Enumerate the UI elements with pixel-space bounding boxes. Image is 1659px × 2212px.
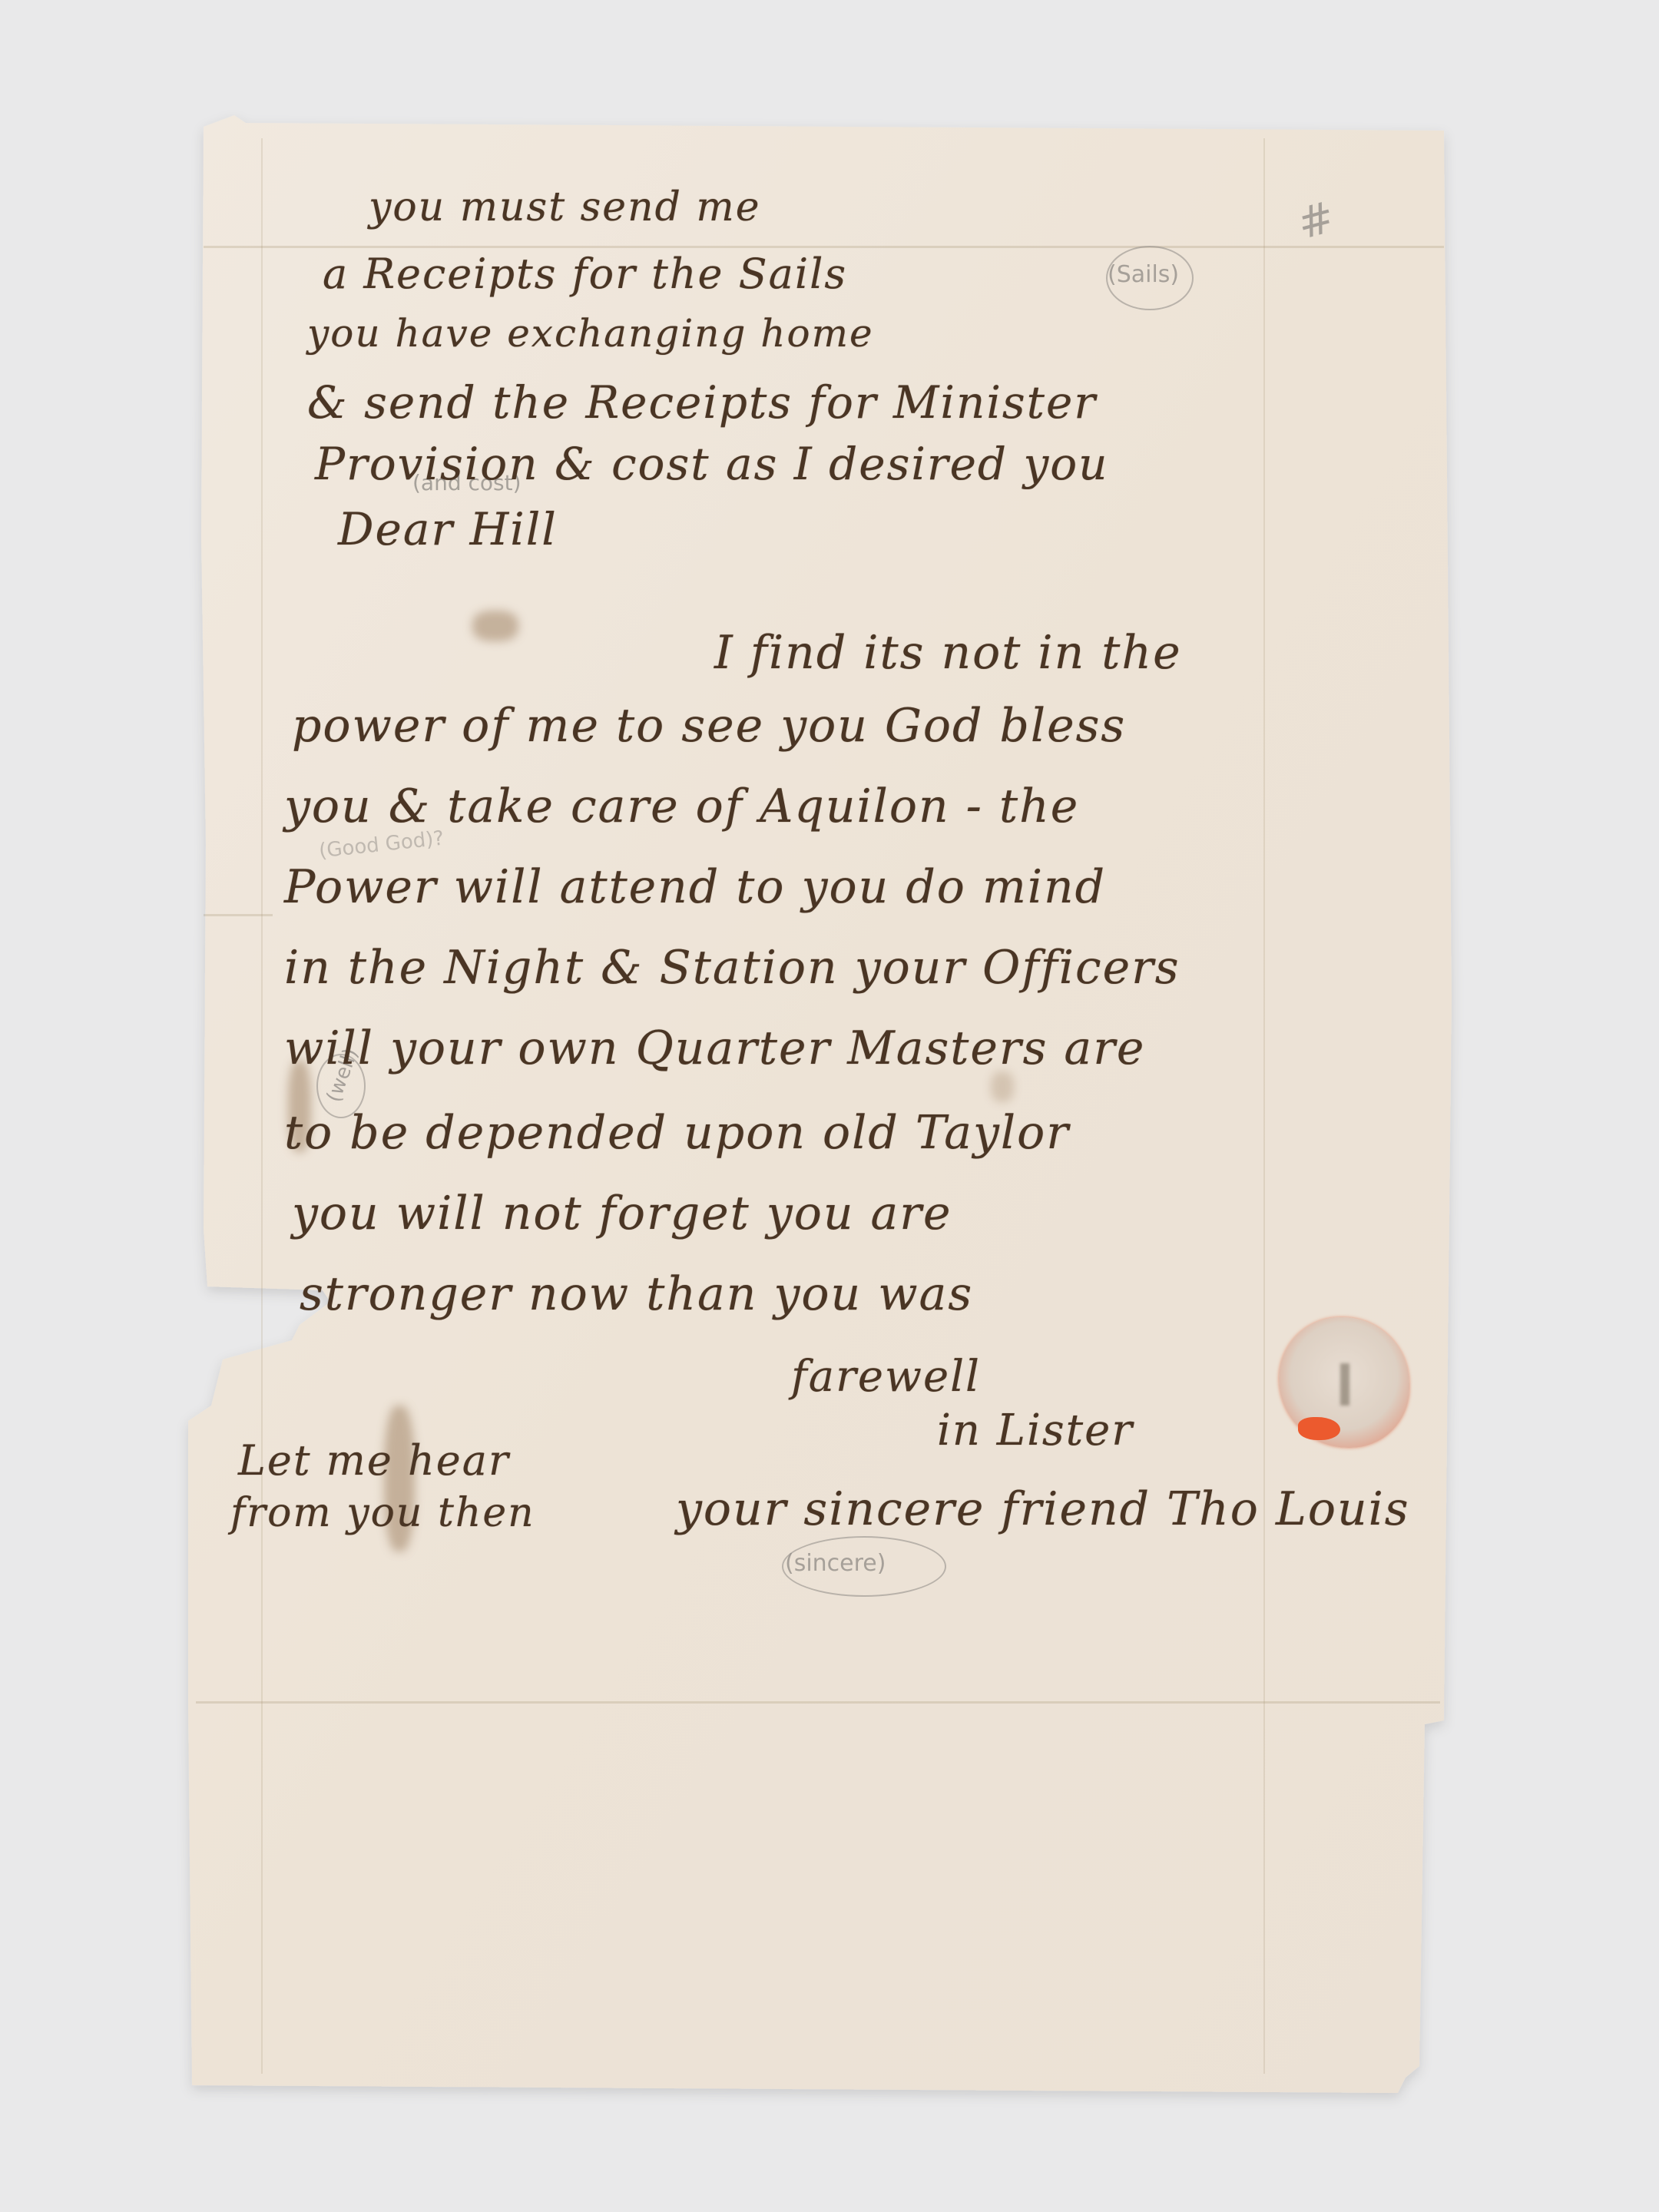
salutation: Dear Hill (338, 503, 558, 555)
postscript-line: you must send me (369, 184, 760, 230)
closing-farewell: farewell (791, 1352, 981, 1402)
pencil-annotation-sincere: (sincere) (785, 1550, 886, 1577)
fold-line (1263, 138, 1265, 2074)
body-line: you & take care of Aquilon - the (284, 780, 1079, 833)
ink-stain (472, 611, 518, 641)
wax-seal-mark (1340, 1363, 1349, 1406)
left-closing-line: Let me hear (238, 1436, 510, 1485)
body-line: to be depended upon old Taylor (284, 1106, 1070, 1160)
ink-stain (991, 1071, 1014, 1102)
postscript-line: Provision & cost as I desired you (315, 438, 1109, 490)
letter-sheet: # (Sails) (and cost) (Good God)? (well) … (0, 0, 1659, 2212)
signature: your sincere friend Tho Louis (676, 1482, 1410, 1536)
postscript-line: & send the Receipts for Minister (307, 376, 1097, 429)
postscript-line: you have exchanging home (307, 311, 874, 356)
body-line: will your own Quarter Masters are (284, 1022, 1145, 1075)
body-line: Power will attend to you do mind (284, 860, 1106, 914)
body-line: stronger now than you was (300, 1267, 973, 1321)
closing-place: in Lister (937, 1406, 1134, 1455)
pencil-annotation-sails: (Sails) (1108, 261, 1179, 288)
left-closing-line: from you then (230, 1490, 535, 1536)
fold-line (196, 1701, 1440, 1704)
body-line: in the Night & Station your Officers (284, 941, 1181, 995)
fold-line (261, 138, 263, 2074)
postscript-line: a Receipts for the Sails (323, 250, 847, 298)
fold-line (204, 914, 273, 916)
body-line: power of me to see you God bless (292, 699, 1126, 753)
body-line: you will not forget you are (292, 1187, 952, 1240)
wax-seal-remnant (1298, 1417, 1340, 1440)
fold-line (204, 246, 1444, 248)
body-line: I find its not in the (714, 626, 1182, 680)
